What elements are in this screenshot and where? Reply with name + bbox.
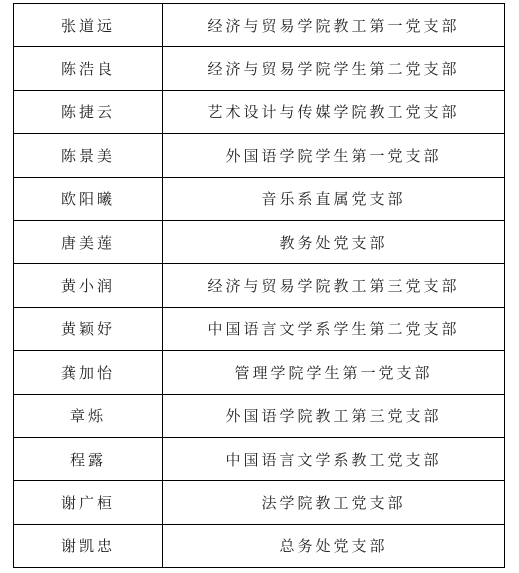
party-branch-cell: 外国语学院教工第三党支部 [163, 394, 505, 437]
member-name-cell: 张道远 [14, 4, 163, 47]
member-name-cell: 陈捷云 [14, 90, 163, 133]
table-row: 陈捷云 艺术设计与传媒学院教工党支部 [14, 90, 505, 133]
member-name-cell: 龚加怡 [14, 351, 163, 394]
table-row: 章烁 外国语学院教工第三党支部 [14, 394, 505, 437]
member-name-cell: 程露 [14, 437, 163, 480]
party-branch-cell: 艺术设计与传媒学院教工党支部 [163, 90, 505, 133]
table-row: 张道远 经济与贸易学院教工第一党支部 [14, 4, 505, 47]
member-name-cell: 章烁 [14, 394, 163, 437]
table-row: 欧阳曦 音乐系直属党支部 [14, 177, 505, 220]
member-name-cell: 唐美莲 [14, 220, 163, 263]
member-name-cell: 欧阳曦 [14, 177, 163, 220]
member-name-cell: 黄颖妤 [14, 307, 163, 350]
member-name-cell: 陈浩良 [14, 47, 163, 90]
table-row: 陈浩良 经济与贸易学院学生第二党支部 [14, 47, 505, 90]
party-branch-cell: 经济与贸易学院教工第一党支部 [163, 4, 505, 47]
party-branch-cell: 经济与贸易学院教工第三党支部 [163, 264, 505, 307]
party-branch-cell: 法学院教工党支部 [163, 481, 505, 524]
member-name-cell: 谢凯忠 [14, 524, 163, 567]
table-row: 黄颖妤 中国语言文学系学生第二党支部 [14, 307, 505, 350]
member-name-cell: 谢广桓 [14, 481, 163, 524]
table-row: 龚加怡 管理学院学生第一党支部 [14, 351, 505, 394]
table-row: 谢凯忠 总务处党支部 [14, 524, 505, 567]
party-branch-cell: 外国语学院学生第一党支部 [163, 134, 505, 177]
party-branch-table: 张道远 经济与贸易学院教工第一党支部 陈浩良 经济与贸易学院学生第二党支部 陈捷… [13, 3, 505, 568]
party-branch-cell: 音乐系直属党支部 [163, 177, 505, 220]
member-name-cell: 陈景美 [14, 134, 163, 177]
table-row: 唐美莲 教务处党支部 [14, 220, 505, 263]
party-branch-cell: 中国语言文学系教工党支部 [163, 437, 505, 480]
table-row: 陈景美 外国语学院学生第一党支部 [14, 134, 505, 177]
party-branch-table-container: 张道远 经济与贸易学院教工第一党支部 陈浩良 经济与贸易学院学生第二党支部 陈捷… [13, 3, 505, 568]
table-row: 程露 中国语言文学系教工党支部 [14, 437, 505, 480]
party-branch-cell: 总务处党支部 [163, 524, 505, 567]
party-branch-cell: 经济与贸易学院学生第二党支部 [163, 47, 505, 90]
party-branch-cell: 管理学院学生第一党支部 [163, 351, 505, 394]
party-branch-cell: 中国语言文学系学生第二党支部 [163, 307, 505, 350]
table-row: 黄小润 经济与贸易学院教工第三党支部 [14, 264, 505, 307]
member-name-cell: 黄小润 [14, 264, 163, 307]
party-branch-cell: 教务处党支部 [163, 220, 505, 263]
table-row: 谢广桓 法学院教工党支部 [14, 481, 505, 524]
